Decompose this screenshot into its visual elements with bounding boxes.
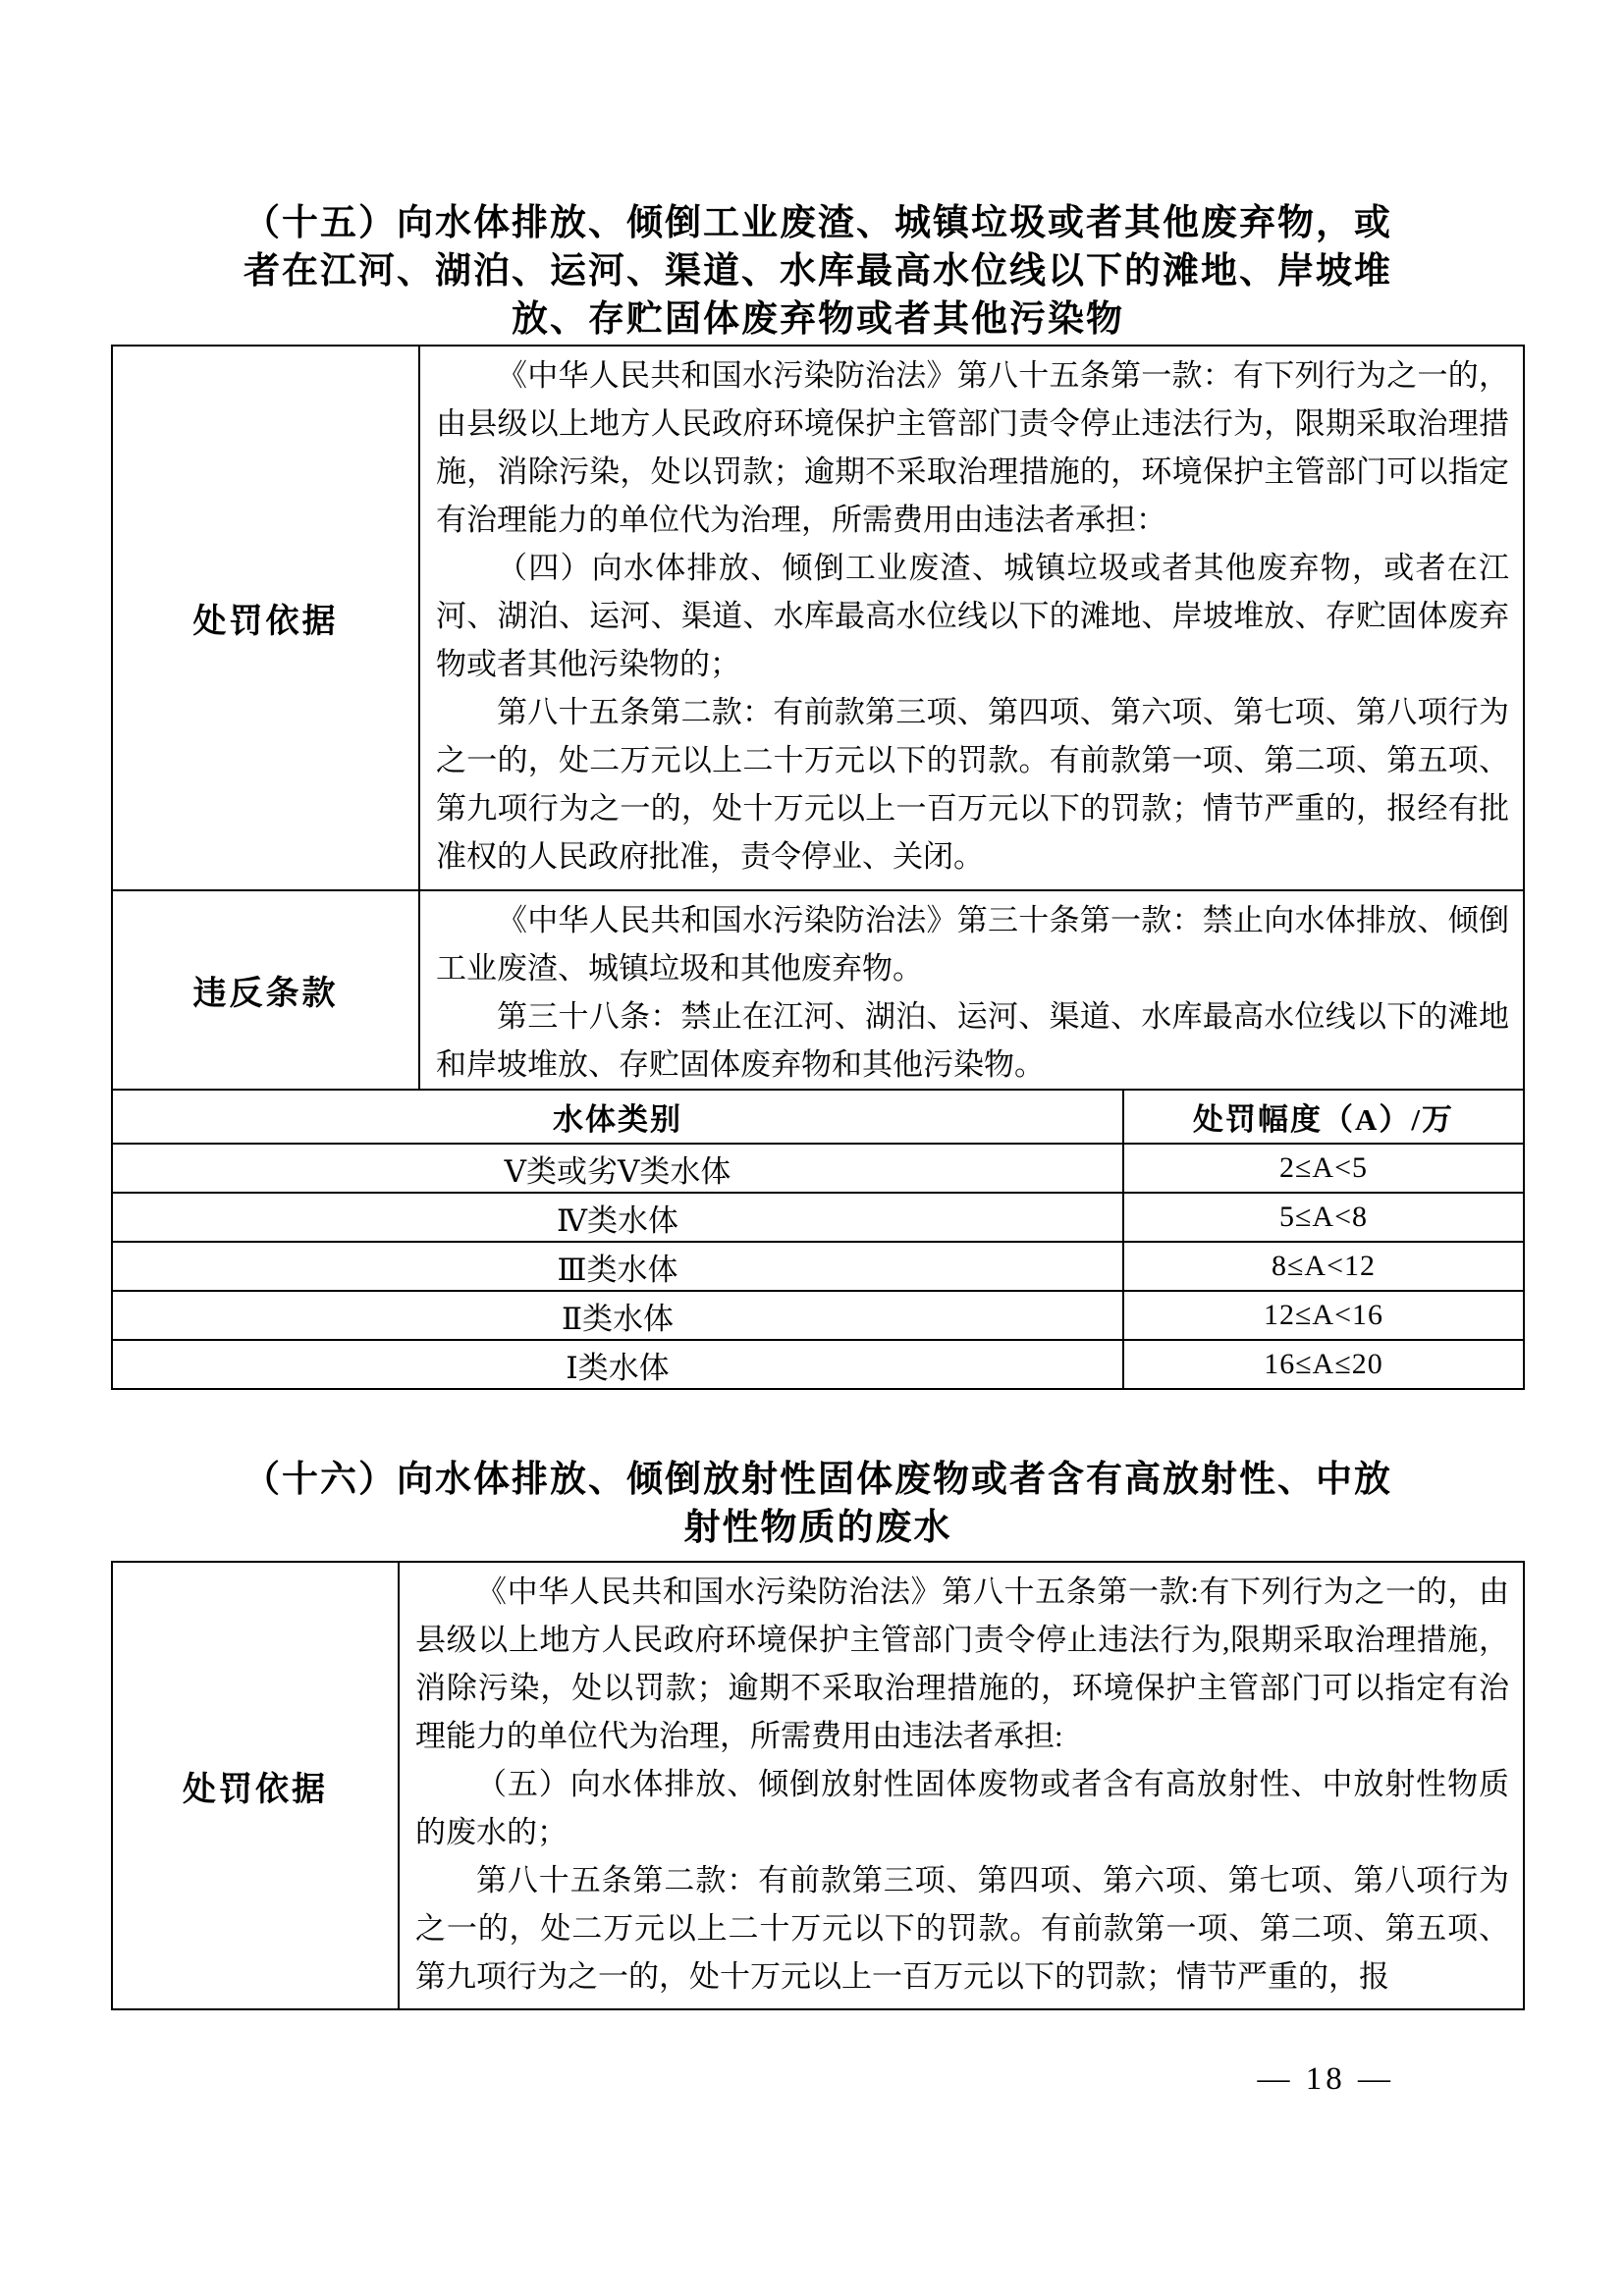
violated-clause-text: 《中华人民共和国水污染防治法》第三十条第一款：禁止向水体排放、倾倒工业废渣、城镇…	[419, 890, 1524, 1090]
row-label-penalty-basis: 处罚依据	[112, 346, 419, 890]
penalty-range: 16≤A≤20	[1123, 1340, 1524, 1389]
row-label-violated-clause: 违反条款	[112, 890, 419, 1090]
table-row-penalty-basis: 处罚依据 《中华人民共和国水污染防治法》第八十五条第一款:有下列行为之一的，由县…	[112, 1562, 1524, 2009]
row-label-penalty-basis: 处罚依据	[112, 1562, 399, 2009]
table-row: Ⅱ类水体 12≤A<16	[112, 1291, 1524, 1340]
section15-title-line-3: 放、存贮固体废弃物或者其他污染物	[111, 295, 1525, 344]
section15-title-line-1: （十五）向水体排放、倾倒工业废渣、城镇垃圾或者其他废弃物，或	[111, 199, 1525, 247]
page-content: （十五）向水体排放、倾倒工业废渣、城镇垃圾或者其他废弃物，或 者在江河、湖泊、运…	[111, 0, 1525, 2098]
table-row: Ⅳ类水体 5≤A<8	[112, 1193, 1524, 1242]
penalty-table-header-row: 水体类别 处罚幅度（A）/万	[112, 1090, 1524, 1144]
section16-title-line-2: 射性物质的废水	[111, 1504, 1525, 1552]
penalty-range: 2≤A<5	[1123, 1144, 1524, 1193]
section15-title: （十五）向水体排放、倾倒工业废渣、城镇垃圾或者其他废弃物，或 者在江河、湖泊、运…	[111, 199, 1525, 344]
section16-law-table: 处罚依据 《中华人民共和国水污染防治法》第八十五条第一款:有下列行为之一的，由县…	[111, 1561, 1525, 2010]
section15-penalty-grade-table: 水体类别 处罚幅度（A）/万 Ⅴ类或劣Ⅴ类水体 2≤A<5 Ⅳ类水体 5≤A<8…	[111, 1089, 1525, 1390]
water-body-category: Ⅲ类水体	[112, 1242, 1123, 1291]
table-row-violated-clause: 违反条款 《中华人民共和国水污染防治法》第三十条第一款：禁止向水体排放、倾倒工业…	[112, 890, 1524, 1090]
paragraph: （五）向水体排放、倾倒放射性固体废物或者含有高放射性、中放射性物质的废水的；	[415, 1760, 1509, 1856]
section16-title-line-1: （十六）向水体排放、倾倒放射性固体废物或者含有高放射性、中放	[111, 1456, 1525, 1504]
water-body-category: Ⅰ类水体	[112, 1340, 1123, 1389]
penalty-basis-text: 《中华人民共和国水污染防治法》第八十五条第一款：有下列行为之一的，由县级以上地方…	[419, 346, 1524, 890]
table-row: Ⅰ类水体 16≤A≤20	[112, 1340, 1524, 1389]
water-body-category: Ⅴ类或劣Ⅴ类水体	[112, 1144, 1123, 1193]
paragraph: 第三十八条：禁止在江河、湖泊、运河、渠道、水库最高水位线以下的滩地和岸坡堆放、存…	[436, 992, 1509, 1089]
header-penalty-range: 处罚幅度（A）/万	[1123, 1090, 1524, 1144]
paragraph: （四）向水体排放、倾倒工业废渣、城镇垃圾或者其他废弃物，或者在江河、湖泊、运河、…	[436, 544, 1509, 688]
water-body-category: Ⅳ类水体	[112, 1193, 1123, 1242]
paragraph: 《中华人民共和国水污染防治法》第八十五条第一款：有下列行为之一的，由县级以上地方…	[436, 351, 1509, 544]
header-water-body-category: 水体类别	[112, 1090, 1123, 1144]
paragraph: 第八十五条第二款：有前款第三项、第四项、第六项、第七项、第八项行为之一的，处二万…	[436, 688, 1509, 881]
paragraph: 第八十五条第二款：有前款第三项、第四项、第六项、第七项、第八项行为之一的，处二万…	[415, 1856, 1509, 2001]
section16-title: （十六）向水体排放、倾倒放射性固体废物或者含有高放射性、中放 射性物质的废水	[111, 1456, 1525, 1552]
paragraph: 《中华人民共和国水污染防治法》第八十五条第一款:有下列行为之一的，由县级以上地方…	[415, 1568, 1509, 1760]
section15-law-table: 处罚依据 《中华人民共和国水污染防治法》第八十五条第一款：有下列行为之一的，由县…	[111, 345, 1525, 1091]
penalty-range: 8≤A<12	[1123, 1242, 1524, 1291]
page-number: — 18 —	[111, 2061, 1525, 2098]
table-row-penalty-basis: 处罚依据 《中华人民共和国水污染防治法》第八十五条第一款：有下列行为之一的，由县…	[112, 346, 1524, 890]
paragraph: 《中华人民共和国水污染防治法》第三十条第一款：禁止向水体排放、倾倒工业废渣、城镇…	[436, 896, 1509, 992]
table-row: Ⅲ类水体 8≤A<12	[112, 1242, 1524, 1291]
penalty-range: 5≤A<8	[1123, 1193, 1524, 1242]
section15-title-line-2: 者在江河、湖泊、运河、渠道、水库最高水位线以下的滩地、岸坡堆	[111, 247, 1525, 295]
document-page: （十五）向水体排放、倾倒工业废渣、城镇垃圾或者其他废弃物，或 者在江河、湖泊、运…	[0, 0, 1624, 2296]
penalty-basis-text: 《中华人民共和国水污染防治法》第八十五条第一款:有下列行为之一的，由县级以上地方…	[399, 1562, 1524, 2009]
penalty-range: 12≤A<16	[1123, 1291, 1524, 1340]
table-row: Ⅴ类或劣Ⅴ类水体 2≤A<5	[112, 1144, 1524, 1193]
water-body-category: Ⅱ类水体	[112, 1291, 1123, 1340]
